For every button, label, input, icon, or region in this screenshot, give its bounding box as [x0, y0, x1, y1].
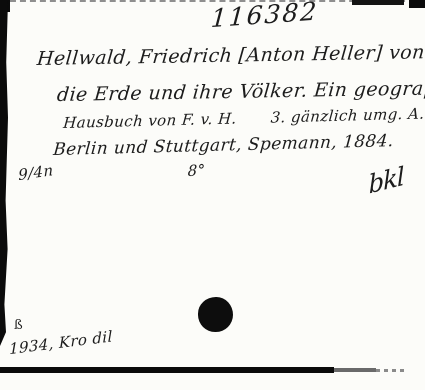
scan-bottom-edge-fade — [334, 368, 376, 372]
scan-bottom-edge-dots — [376, 369, 406, 372]
title-continuation: Hausbuch von F. v. H. — [63, 109, 238, 132]
format-mark: 8° — [187, 161, 205, 180]
spacing-gap — [236, 123, 270, 124]
title-line: die Erde und ihre Völker. Ein geograph. — [56, 77, 425, 106]
corner-symbol: ß — [14, 318, 23, 333]
scan-top-edge-mark — [352, 0, 404, 5]
scan-left-edge — [0, 0, 8, 346]
shelf-mark: 9/4n — [18, 161, 54, 184]
scan-top-right-corner — [409, 0, 425, 8]
scan-bottom-edge — [0, 367, 334, 373]
catalog-card-scan: 116382 Hellwald, Friedrich [Anton Heller… — [0, 0, 425, 390]
author-heading: Hellwald, Friedrich [Anton Heller] von — [36, 41, 425, 70]
cataloger-initials: bkl — [368, 161, 404, 199]
call-number: 116382 — [210, 0, 319, 33]
edition-note: 3. gänzlich umg. A. — [270, 105, 425, 127]
accession-note: 1934, Kro dil — [9, 327, 113, 358]
title-continuation-line: Hausbuch von F. v. H.3. gänzlich umg. A. — [63, 105, 425, 133]
punch-hole-dot — [198, 297, 233, 332]
imprint-line: Berlin und Stuttgart, Spemann, 1884. — [52, 131, 394, 160]
